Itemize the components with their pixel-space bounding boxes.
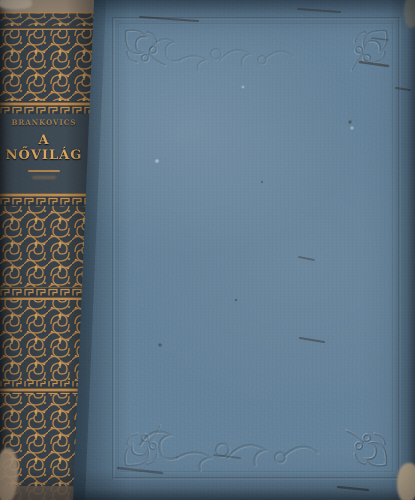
blind-stamped-frame <box>113 18 400 479</box>
wear-patch-spine-bottom <box>0 448 18 500</box>
top-center-ornament <box>150 39 293 70</box>
wear-patch-cover-bottom-right <box>397 463 415 500</box>
wear-patch-cover-top-right <box>404 0 415 28</box>
scratch-marks <box>118 9 410 490</box>
book-photo: BRANKOVICS A NŐVILÁG <box>0 0 415 500</box>
wear-patch-spine-head <box>0 0 32 9</box>
bottom-center-ornament <box>140 432 318 471</box>
corner-ornament-top-left <box>126 30 166 65</box>
corner-ornament-bottom-right <box>346 430 386 465</box>
